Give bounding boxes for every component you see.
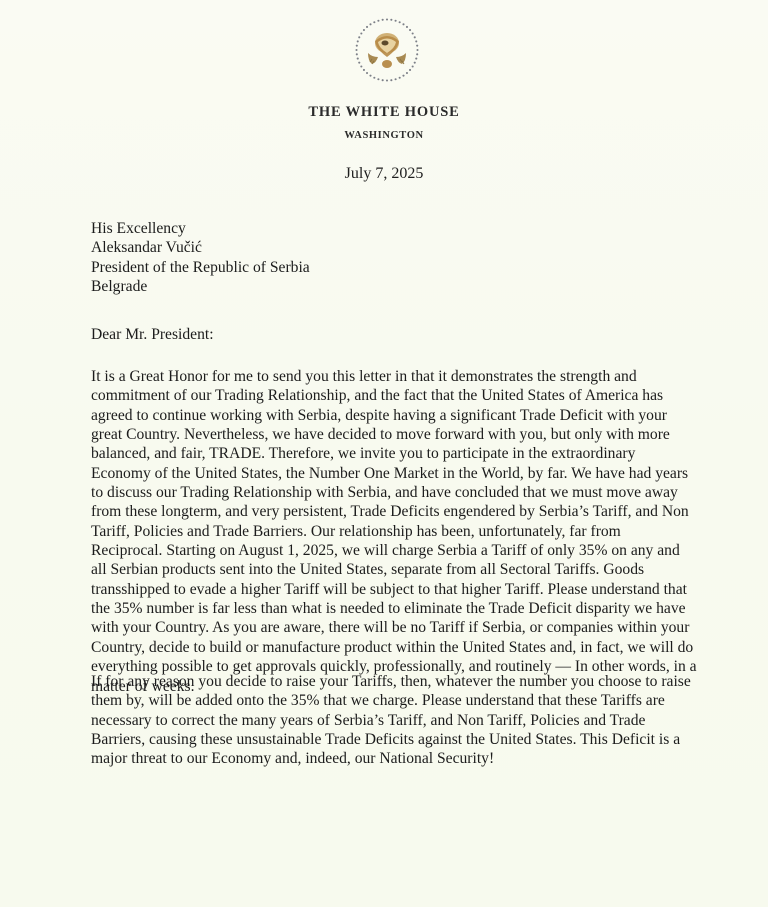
text-line: necessary to correct the many years of S… (91, 711, 691, 730)
recipient-title: President of the Republic of Serbia (91, 258, 310, 277)
salutation: Dear Mr. President: (91, 325, 214, 344)
body-paragraph-1: It is a Great Honor for me to send you t… (91, 367, 697, 696)
text-line: It is a Great Honor for me to send you t… (91, 367, 697, 386)
text-line: Economy of the United States, the Number… (91, 464, 697, 483)
text-line: balanced, and fair, TRADE. Therefore, we… (91, 444, 697, 463)
recipient-address: His Excellency Aleksandar Vučić Presiden… (91, 219, 310, 297)
recipient-honorific: His Excellency (91, 219, 310, 238)
text-line: the 35% number is far less than what is … (91, 599, 697, 618)
text-line: Barriers, causing these unsustainable Tr… (91, 730, 691, 749)
recipient-name: Aleksandar Vučić (91, 238, 310, 257)
text-line: them by, will be added onto the 35% that… (91, 691, 691, 710)
letter-date: July 7, 2025 (0, 165, 768, 183)
presidential-seal-icon (354, 17, 420, 83)
recipient-city: Belgrade (91, 277, 310, 296)
body-paragraph-2: If for any reason you decide to raise yo… (91, 672, 691, 769)
text-line: commitment of our Trading Relationship, … (91, 386, 697, 405)
text-line: from these longterm, and very persistent… (91, 502, 697, 521)
text-line: agreed to continue working with Serbia, … (91, 406, 697, 425)
text-line: Country, decide to build or manufacture … (91, 638, 697, 657)
text-line: major threat to our Economy and, indeed,… (91, 749, 691, 768)
text-line: transshipped to evade a higher Tariff wi… (91, 580, 697, 599)
text-line: to discuss our Trading Relationship with… (91, 483, 697, 502)
text-line: great Country. Nevertheless, we have dec… (91, 425, 697, 444)
text-line: Reciprocal. Starting on August 1, 2025, … (91, 541, 697, 560)
letterhead-title: THE WHITE HOUSE (0, 104, 768, 121)
text-line: If for any reason you decide to raise yo… (91, 672, 691, 691)
text-line: with your Country. As you are aware, the… (91, 618, 697, 637)
letterhead-subtitle: WASHINGTON (0, 130, 768, 141)
text-line: Tariff, Policies and Trade Barriers. Our… (91, 522, 697, 541)
letter-page: THE WHITE HOUSE WASHINGTON July 7, 2025 … (0, 0, 768, 907)
text-line: all Serbian products sent into the Unite… (91, 560, 697, 579)
